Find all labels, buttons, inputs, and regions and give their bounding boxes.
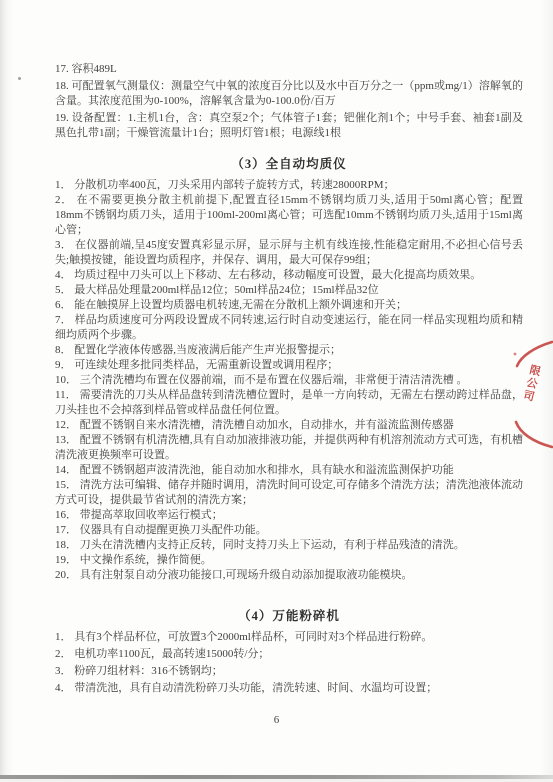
spec-item: 18． 刀头在清洗槽内支持正反转，同时支持刀头上下运动，有利于样品残渣的清洗。: [55, 538, 523, 553]
scan-speck: [18, 77, 21, 80]
spec-item: 10． 三个清洗槽均布置在仪器前端，而不是布置在仪器后端，非常便于清洁清洗槽 。: [55, 373, 523, 388]
spec-item: 17． 仪器具有自动提醒更换刀头配件功能。: [55, 523, 523, 538]
spec-item: 1． 具有3个样品杯位，可放置3个2000ml样品杯，可同时对3个样品进行粉碎。: [55, 630, 523, 645]
spec-item: 12． 配置不锈钢自来水清洗槽，清洗槽自动加水，自动排水，并有溢流监测传感器: [55, 418, 523, 433]
spec-item: 1． 分散机功率400瓦，刀头采用内部转子旋转方式，转速28000RPM；: [55, 178, 523, 193]
section-heading-homogenizer: （3）全自动均质仪: [55, 157, 523, 172]
spec-item: 3． 粉碎刀组材料：316不锈钢均；: [55, 664, 523, 679]
spec-item: 9． 可连续处理多批同类样品，无需重新设置或调用程序；: [55, 358, 523, 373]
document-body: 17. 容积489L 18. 可配置氧气测量仪：测量空气中氧的浓度百分比以及水中…: [55, 62, 523, 698]
spec-item: 8． 配置化学液体传感器,当废液满后能产生声光报警提示；: [55, 343, 523, 358]
spec-item: 20． 具有注射泵自动分液功能接口,可现场升级自动添加提取液功能模块。: [55, 568, 523, 583]
spec-item: 2． 在不需要更换分散主机前提下,配置直径15mm不锈钢均质刀头,适用于50ml…: [55, 193, 523, 238]
spec-item-17: 17. 容积489L: [55, 62, 523, 77]
spec-item: 11． 需要清洗的刀头从样品盘转到清洗槽位置时，是单一方向转动，无需左右摆动跨过…: [55, 388, 523, 418]
document-page: 17. 容积489L 18. 可配置氧气测量仪：测量空气中氧的浓度百分比以及水中…: [0, 0, 553, 782]
spec-item: 7． 样品均质速度可分两段设置成不同转速,运行时自动变速运行，能在同一样品实现粗…: [55, 313, 523, 343]
spec-item: 6． 能在触摸屏上设置均质器电机转速,无需在分散机上额外调速和开关；: [55, 298, 523, 313]
spec-item: 5． 最大样品处理量200ml样品12位；50ml样品24位；15ml样品32位: [55, 283, 523, 298]
spec-item-19: 19. 设备配置：1.主机1台，含：真空泵2个；气体管子1套；钯催化剂1个；中号…: [55, 111, 523, 141]
page-number: 6: [0, 714, 553, 726]
spec-item: 14． 配置不锈钢超声波清洗池，能自动加水和排水，具有缺水和溢流监测保护功能: [55, 463, 523, 478]
spec-item: 2． 电机功率1100瓦，最高转速15000转/分；: [55, 647, 523, 662]
spec-item: 19． 中文操作系统，操作简便。: [55, 553, 523, 568]
spec-item: 13． 配置不锈钢有机清洗槽,具有自动加液排液功能，并提供两种有机溶剂流动方式可…: [55, 433, 523, 463]
spec-item-18: 18. 可配置氧气测量仪：测量空气中氧的浓度百分比以及水中百万分之一（ppm或m…: [55, 79, 523, 109]
section-heading-grinder: （4）万能粉碎机: [55, 609, 523, 624]
spec-item: 4． 带清洗池，具有自动清洗粉碎刀头功能，清洗转速、时间、水温均可设置；: [55, 681, 523, 696]
spec-item: 15． 清洗方法可编辑、储存并随时调用，清洗时间可设定,可存储多个清洗方法；清洗…: [55, 478, 523, 508]
spec-item: 16． 带提高萃取回收率运行模式；: [55, 508, 523, 523]
spec-item: 3． 在仪器前端,呈45度安置真彩显示屏，显示屏与主机有线连接,性能稳定耐用,不…: [55, 238, 523, 268]
spec-item: 4． 均质过程中刀头可以上下移动、左右移动，移动幅度可设置，最大化提高均质效果。: [55, 268, 523, 283]
